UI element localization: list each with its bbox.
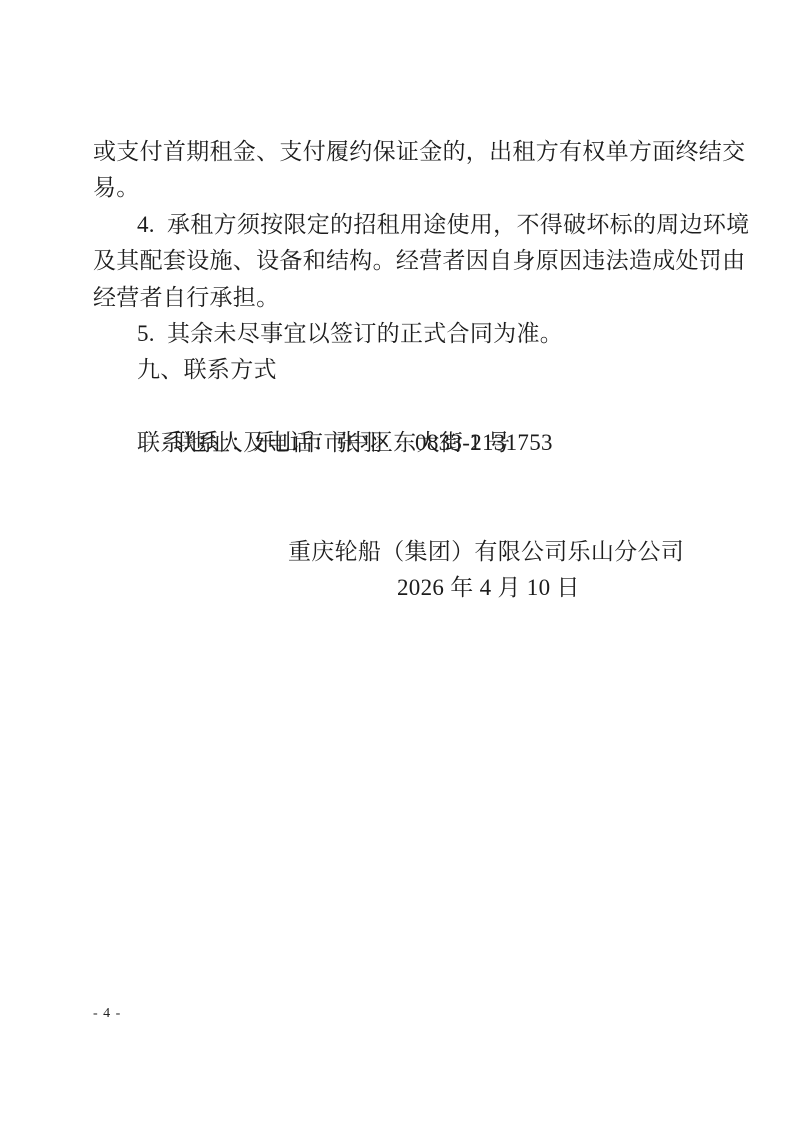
document-body: 或支付首期租金、支付履约保证金的，出租方有权单方面终结交 易。 4. 承租方须按… (93, 134, 733, 606)
contact-address-line: 联系地址：乐山市市中区东大街 1 号 (93, 425, 733, 461)
doc-line-6-clause-5: 5. 其余未尽事宜以签订的正式合同为准。 (93, 316, 733, 352)
document-page: 或支付首期租金、支付履约保证金的，出租方有权单方面终结交 易。 4. 承租方须按… (0, 0, 793, 1122)
page-number: - 4 - (93, 1005, 121, 1023)
doc-line-3-clause-4: 4. 承租方须按限定的招租用途使用，不得破坏标的周边环境 (93, 207, 733, 243)
contact-phone-line: 联系人及电话：张羽0833-2131753 (93, 389, 733, 425)
doc-line-5: 经营者自行承担。 (93, 280, 733, 316)
signature-company: 重庆轮船（集团）有限公司乐山分公司 (93, 534, 733, 570)
section-heading-contact: 九、联系方式 (93, 352, 733, 388)
doc-line-4: 及其配套设施、设备和结构。经营者因自身原因违法造成处罚由 (93, 243, 733, 279)
signature-date: 2026 年 4 月 10 日 (93, 570, 733, 606)
doc-line-2: 易。 (93, 170, 733, 206)
doc-line-1: 或支付首期租金、支付履约保证金的，出租方有权单方面终结交 (93, 134, 733, 170)
